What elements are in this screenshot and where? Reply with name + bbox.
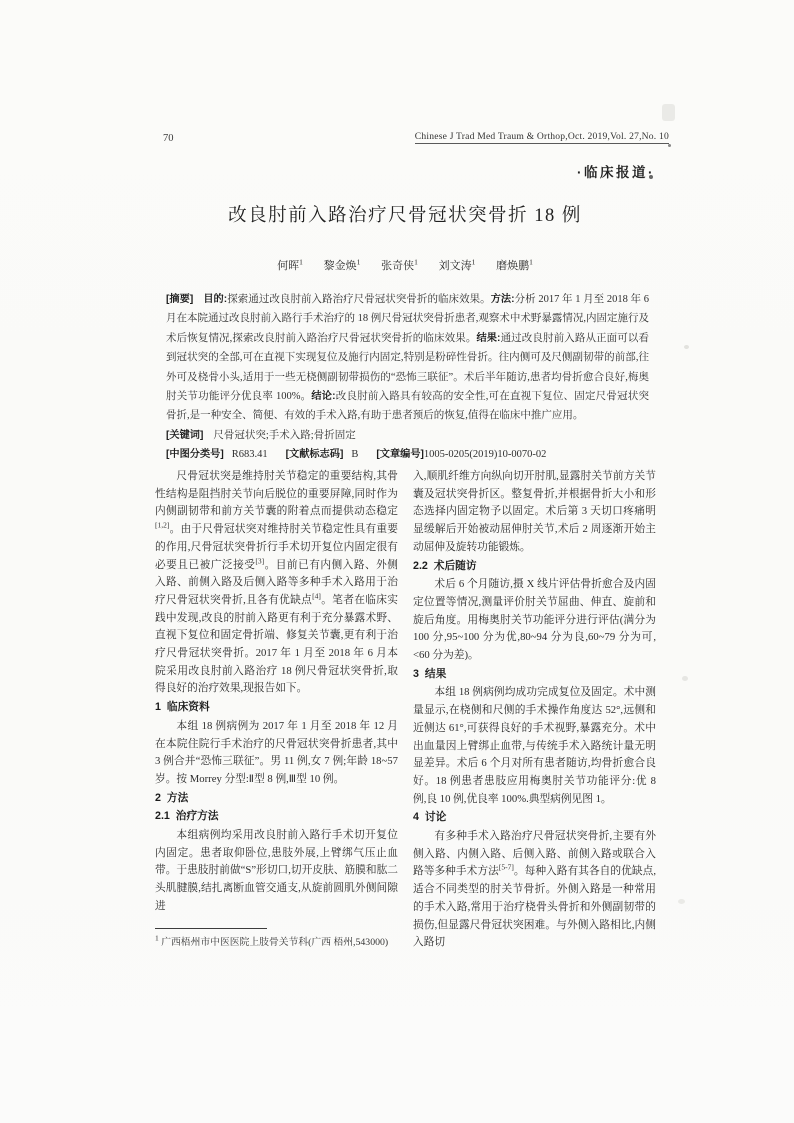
intro-paragraph: 尺骨冠状突是维持肘关节稳定的重要结构,其骨性结构是阻挡肘关节向后脱位的重要屏障,… bbox=[155, 468, 398, 698]
article-no-label: [文章编号] bbox=[376, 449, 424, 460]
article-body: 尺骨冠状突是维持肘关节稳定的重要结构,其骨性结构是阻挡肘关节向后脱位的重要屏障,… bbox=[155, 468, 656, 952]
author: 磨焕鹏1 bbox=[496, 260, 533, 272]
scan-artifact bbox=[682, 676, 688, 681]
author: 何晖1 bbox=[277, 260, 303, 272]
article-title: 改良肘前入路治疗尺骨冠状突骨折 18 例 bbox=[155, 201, 655, 227]
text-segment: 尺骨冠状突是维持肘关节稳定的重要结构,其骨性结构是阻挡肘关节向后脱位的重要屏障,… bbox=[155, 470, 398, 517]
results-paragraph: 本组 18 例病例均成功完成复位及固定。术中测量显示,在桡侧和尺侧的手术操作角度… bbox=[413, 684, 656, 808]
journal-page: 70 Chinese J Trad Med Traum & Orthop,Oct… bbox=[0, 0, 794, 1123]
doc-code-label: [文献标志码] bbox=[286, 449, 344, 460]
section-heading-treatment: 2.1 治疗方法 bbox=[155, 808, 398, 826]
scan-artifact bbox=[684, 345, 689, 349]
treatment-paragraph: 本组病例均采用改良肘前入路行手术切开复位内固定。患者取仰卧位,患肢外展,上臂绑气… bbox=[155, 827, 398, 916]
discussion-paragraph: 有多种手术入路治疗尺骨冠状突骨折,主要有外侧入路、内侧入路、后侧入路、前侧入路或… bbox=[413, 828, 656, 952]
author-name: 刘文涛 bbox=[439, 260, 472, 272]
conclusion-label: 结论: bbox=[311, 391, 335, 402]
author: 张奇侠1 bbox=[381, 260, 418, 272]
methods-label: 方法: bbox=[491, 294, 515, 305]
section-heading-followup: 2.2 术后随访 bbox=[413, 558, 656, 576]
keywords-label: [关键词] bbox=[166, 430, 203, 441]
author-name: 张奇侠 bbox=[381, 260, 414, 272]
text-segment: 。每种入路有其各自的优缺点,适合不同类型的肘关节骨折。外侧入路是一种常用的手术入… bbox=[413, 865, 656, 948]
text-segment: 探索通过改良肘前入路治疗尺骨冠状突骨折的临床效果。 bbox=[227, 294, 491, 305]
right-column: 入,顺肌纤维方向纵向切开肘肌,显露肘关节前方关节囊及冠状突骨折区。整复骨折,并根… bbox=[413, 468, 656, 952]
citation-marker: [5-7] bbox=[499, 863, 514, 872]
author-name: 何晖 bbox=[277, 260, 299, 272]
citation-marker: [4] bbox=[312, 591, 321, 600]
footnote-text: 广西梧州市中医医院上肢骨关节科(广西 梧州,543000) bbox=[161, 937, 388, 948]
section-heading-methods: 2 方法 bbox=[155, 790, 398, 808]
clc-label: [中图分类号] bbox=[166, 449, 224, 460]
treatment-paragraph-continued: 入,顺肌纤维方向纵向切开肘肌,显露肘关节前方关节囊及冠状突骨折区。整复骨折,并根… bbox=[413, 468, 656, 557]
footnote-divider bbox=[155, 928, 267, 929]
author-list: 何晖1 黎金焕1 张奇侠1 刘文涛1 磨焕鹏1 bbox=[155, 257, 655, 273]
author-affiliation-sup: 1 bbox=[529, 257, 533, 266]
objective-label: 目的: bbox=[203, 294, 227, 305]
abstract-label: [摘要] bbox=[166, 294, 193, 305]
author-name: 黎金焕 bbox=[324, 260, 357, 272]
affiliation-footnote: 1 广西梧州市中医医院上肢骨关节科(广西 梧州,543000) bbox=[155, 935, 398, 950]
clc-value: R683.41 bbox=[232, 449, 268, 460]
doc-code-value: B bbox=[351, 449, 358, 460]
text-segment: 。笔者在临床实践中发现,改良的肘前入路更有利于充分暴露术野、直视下复位和固定骨折… bbox=[155, 594, 398, 695]
scan-artifact bbox=[649, 175, 653, 179]
section-heading-clinical-data: 1 临床资料 bbox=[155, 699, 398, 717]
article-no-value: 1005-0205(2019)10-0070-02 bbox=[424, 449, 546, 460]
results-label: 结果: bbox=[476, 333, 500, 344]
citation-marker: [1,2] bbox=[155, 521, 169, 530]
abstract: [摘要]目的:探索通过改良肘前入路治疗尺骨冠状突骨折的临床效果。方法:分析 20… bbox=[166, 290, 649, 426]
section-heading-results: 3 结果 bbox=[413, 666, 656, 684]
author-name: 磨焕鹏 bbox=[496, 260, 529, 272]
page-number: 70 bbox=[163, 133, 174, 144]
scan-artifact bbox=[668, 144, 671, 147]
keywords-text: 尺骨冠状突;手术入路;骨折固定 bbox=[213, 430, 355, 441]
scan-artifact bbox=[662, 104, 675, 121]
classification-line: [中图分类号]R683.41[文献标志码]B[文章编号]1005-0205(20… bbox=[166, 445, 649, 464]
author-affiliation-sup: 1 bbox=[414, 257, 418, 266]
author: 黎金焕1 bbox=[324, 260, 361, 272]
section-tag: ·临床报道· bbox=[577, 161, 655, 181]
author-affiliation-sup: 1 bbox=[357, 257, 361, 266]
section-heading-discussion: 4 讨论 bbox=[413, 809, 656, 827]
author: 刘文涛1 bbox=[439, 260, 476, 272]
followup-paragraph: 术后 6 个月随访,摄 X 线片评估骨折愈合及内固定位置等情况,测量评价肘关节屈… bbox=[413, 576, 656, 665]
page-header: 70 Chinese J Trad Med Traum & Orthop,Oct… bbox=[163, 131, 669, 144]
front-matter: [摘要]目的:探索通过改良肘前入路治疗尺骨冠状突骨折的临床效果。方法:分析 20… bbox=[166, 290, 649, 465]
clinical-data-paragraph: 本组 18 例病例为 2017 年 1 月至 2018 年 12 月在本院住院行… bbox=[155, 718, 398, 789]
left-column: 尺骨冠状突是维持肘关节稳定的重要结构,其骨性结构是阻挡肘关节向后脱位的重要屏障,… bbox=[155, 468, 398, 952]
citation-marker: [3] bbox=[255, 556, 264, 565]
author-affiliation-sup: 1 bbox=[472, 257, 476, 266]
author-affiliation-sup: 1 bbox=[299, 257, 303, 266]
keywords-line: [关键词]尺骨冠状突;手术入路;骨折固定 bbox=[166, 426, 649, 445]
scan-artifact bbox=[678, 899, 685, 904]
footnote-sup: 1 bbox=[155, 933, 159, 942]
journal-reference: Chinese J Trad Med Traum & Orthop,Oct. 2… bbox=[415, 131, 669, 144]
